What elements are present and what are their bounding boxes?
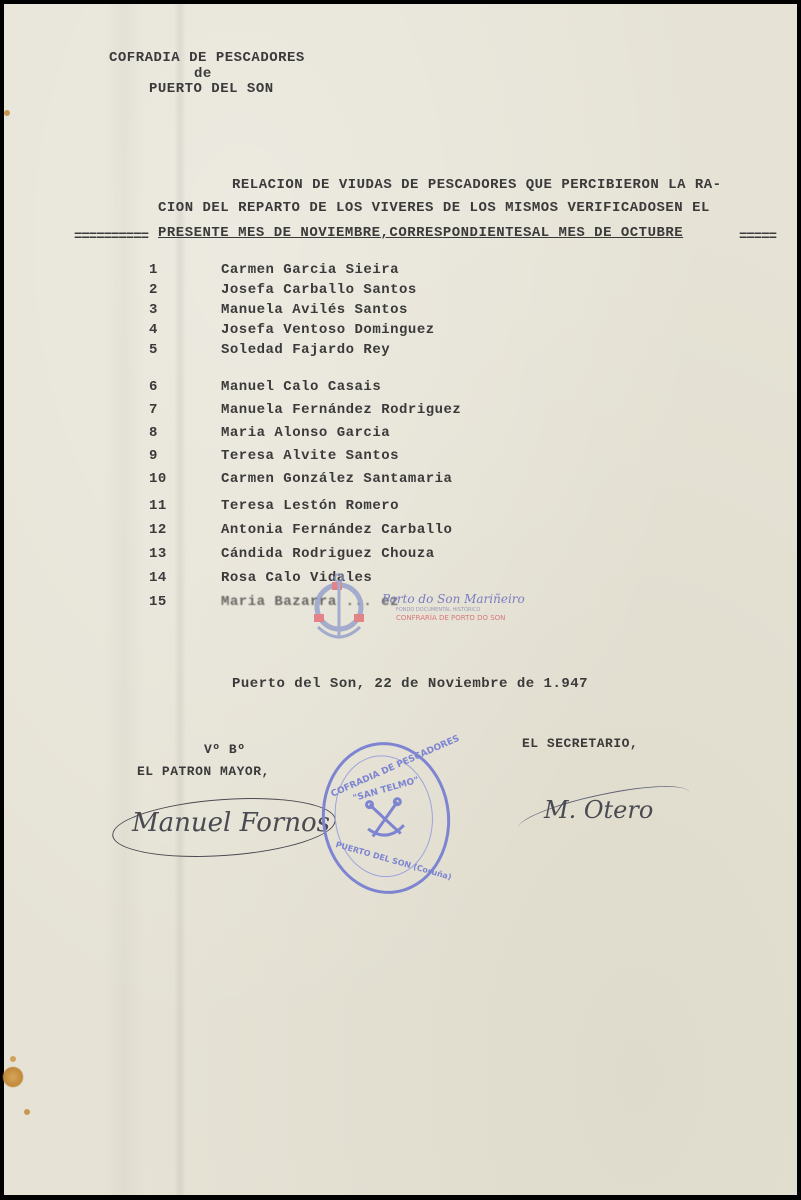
item-name: Josefa Carballo Santos [221,282,417,298]
item-number: 11 [149,498,189,514]
cofradia-stamp: COFRADIA DE PESCADORES "SAN TELMO" PUERT… [314,736,457,901]
item-number: 4 [149,322,189,338]
title-line-3: PRESENTE MES DE NOVIEMBRE,CORRESPONDIENT… [158,222,683,245]
item-number: 3 [149,302,189,318]
watermark-logo: Porto do Son Mariñeiro FONDO DOCUMENTAL … [304,572,504,642]
rust-stain [4,110,10,116]
item-name: Maria Alonso Garcia [221,425,390,441]
watermark-script: Porto do Son Mariñeiro [382,592,525,606]
org-name: COFRADIA DE PESCADORES [109,50,305,66]
item-name: Manuela Avilés Santos [221,302,408,318]
item-number: 12 [149,522,189,538]
item-number: 2 [149,282,189,298]
item-number: 7 [149,402,189,418]
org-location: PUERTO DEL SON [149,81,274,97]
item-name: Manuel Calo Casais [221,379,381,395]
watermark-tiny: FONDO DOCUMENTAL HISTÓRICO [396,607,480,613]
item-number: 9 [149,448,189,464]
item-number: 1 [149,262,189,278]
rust-stain [24,1109,30,1115]
title-line-1: RELACION DE VIUDAS DE PESCADORES QUE PER… [232,174,722,197]
document-page: COFRADIA DE PESCADORES de PUERTO DEL SON… [4,4,797,1195]
item-number: 14 [149,570,189,586]
item-number: 15 [149,594,189,610]
item-name: Antonia Fernández Carballo [221,522,452,538]
secretario-signature-text: M. Otero [544,796,653,824]
crossed-anchors-icon [361,795,409,843]
rust-stain [10,1056,16,1062]
item-number: 8 [149,425,189,441]
item-name: Teresa Lestón Romero [221,498,399,514]
watermark-org: CONFRARÍA DE PORTO DO SON [396,614,505,622]
item-name: Manuela Fernández Rodriguez [221,402,461,418]
item-name: Josefa Ventoso Dominguez [221,322,435,338]
anchor-lifebuoy-icon [304,572,374,648]
item-number: 5 [149,342,189,358]
item-number: 6 [149,379,189,395]
title-line-2: CION DEL REPARTO DE LOS VIVERES DE LOS M… [158,197,710,220]
patron-signature-text: Manuel Fornos [132,808,330,838]
vobo-label: Vº Bº [204,742,246,757]
secretario-title: EL SECRETARIO, [522,736,638,751]
item-name: Soledad Fajardo Rey [221,342,390,358]
org-de: de [194,66,212,82]
place-date: Puerto del Son, 22 de Noviembre de 1.947 [232,676,588,692]
rust-stain [2,1066,24,1088]
item-name: Cándida Rodriguez Chouza [221,546,435,562]
item-name: Carmen Garcia Sieira [221,262,399,278]
item-number: 13 [149,546,189,562]
title-trailing-dashes: ===== [739,229,776,245]
item-name: Carmen González Santamaria [221,471,452,487]
patron-mayor-title: EL PATRON MAYOR, [137,764,270,779]
item-number: 10 [149,471,189,487]
item-name: Teresa Alvite Santos [221,448,399,464]
title-leading-dashes: ========== [74,229,148,245]
paper-fold [104,4,144,1195]
